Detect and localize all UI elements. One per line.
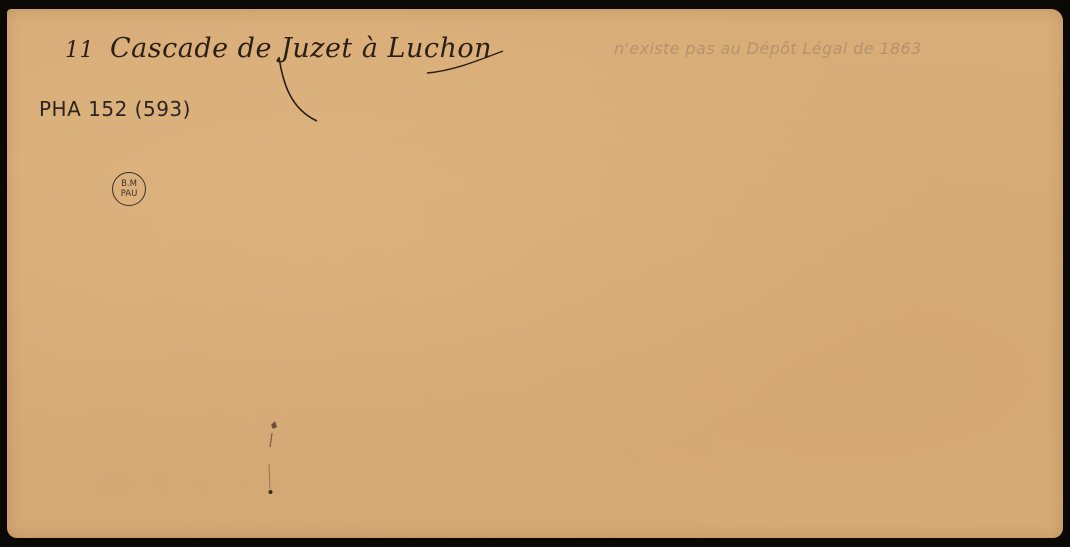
item-number: 11	[65, 38, 94, 63]
handwriting-flourish-icon	[277, 49, 507, 124]
catalog-reference: PHA 152 (593)	[39, 97, 191, 121]
stamp-line-2: PAU	[121, 189, 138, 199]
pencil-annotation: n'existe pas au Dépôt Légal de 1863	[614, 39, 922, 58]
stamp-line-1: B.M	[121, 179, 137, 189]
archival-card: 11Cascade de Juzet à Luchon PHA 152 (593…	[7, 9, 1063, 538]
ink-mark-icon	[265, 419, 285, 499]
library-stamp: B.M PAU	[112, 172, 146, 206]
